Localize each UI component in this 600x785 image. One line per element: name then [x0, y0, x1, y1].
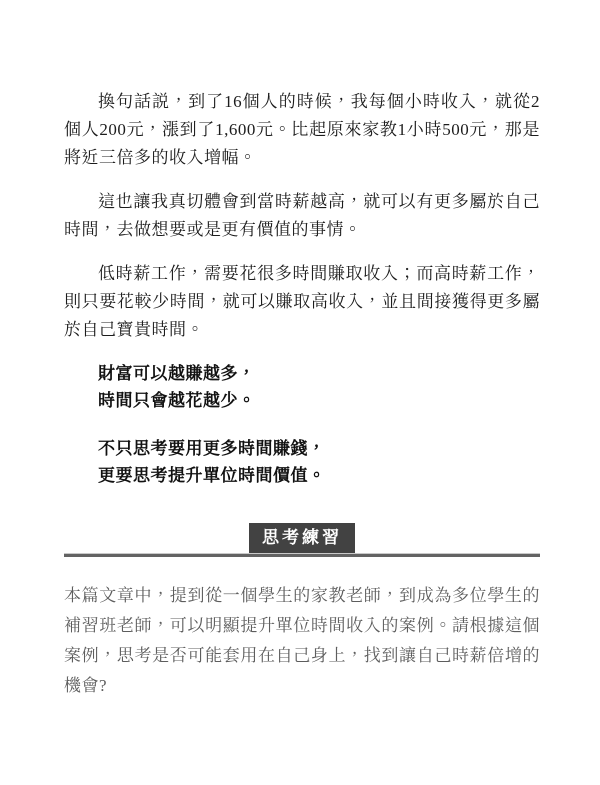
exercise-label-box: 思考練習 — [249, 523, 355, 553]
quote-line: 財富可以越賺越多， — [98, 360, 540, 387]
paragraph-low-vs-high-wage: 低時薪工作，需要花很多時間賺取收入；而高時薪工作，則只要花較少時間，就可以賺取高… — [64, 260, 540, 344]
quote-line: 更要思考提升單位時間價值。 — [98, 462, 540, 489]
quote-line: 時間只會越花越少。 — [98, 387, 540, 414]
section-divider — [64, 553, 540, 557]
exercise-header: 思考練習 — [64, 523, 540, 553]
exercise-question-text: 本篇文章中，提到從一個學生的家教老師，到成為多位學生的補習班老師，可以明顯提升單… — [64, 581, 540, 701]
pull-quote-wealth-time: 財富可以越賺越多， 時間只會越花越少。 — [64, 360, 540, 414]
paragraph-income-example: 換句話説，到了16個人的時候，我每個小時收入，就從2個人200元，漲到了1,60… — [64, 88, 540, 172]
quote-line: 不只思考要用更多時間賺錢， — [98, 435, 540, 462]
book-page: 換句話説，到了16個人的時候，我每個小時收入，就從2個人200元，漲到了1,60… — [0, 0, 600, 785]
pull-quote-unit-time-value: 不只思考要用更多時間賺錢， 更要思考提升單位時間價值。 — [64, 435, 540, 489]
paragraph-hourly-wage-insight: 這也讓我真切體會到當時薪越高，就可以有更多屬於自己時間，去做想要或是更有價值的事… — [64, 188, 540, 244]
